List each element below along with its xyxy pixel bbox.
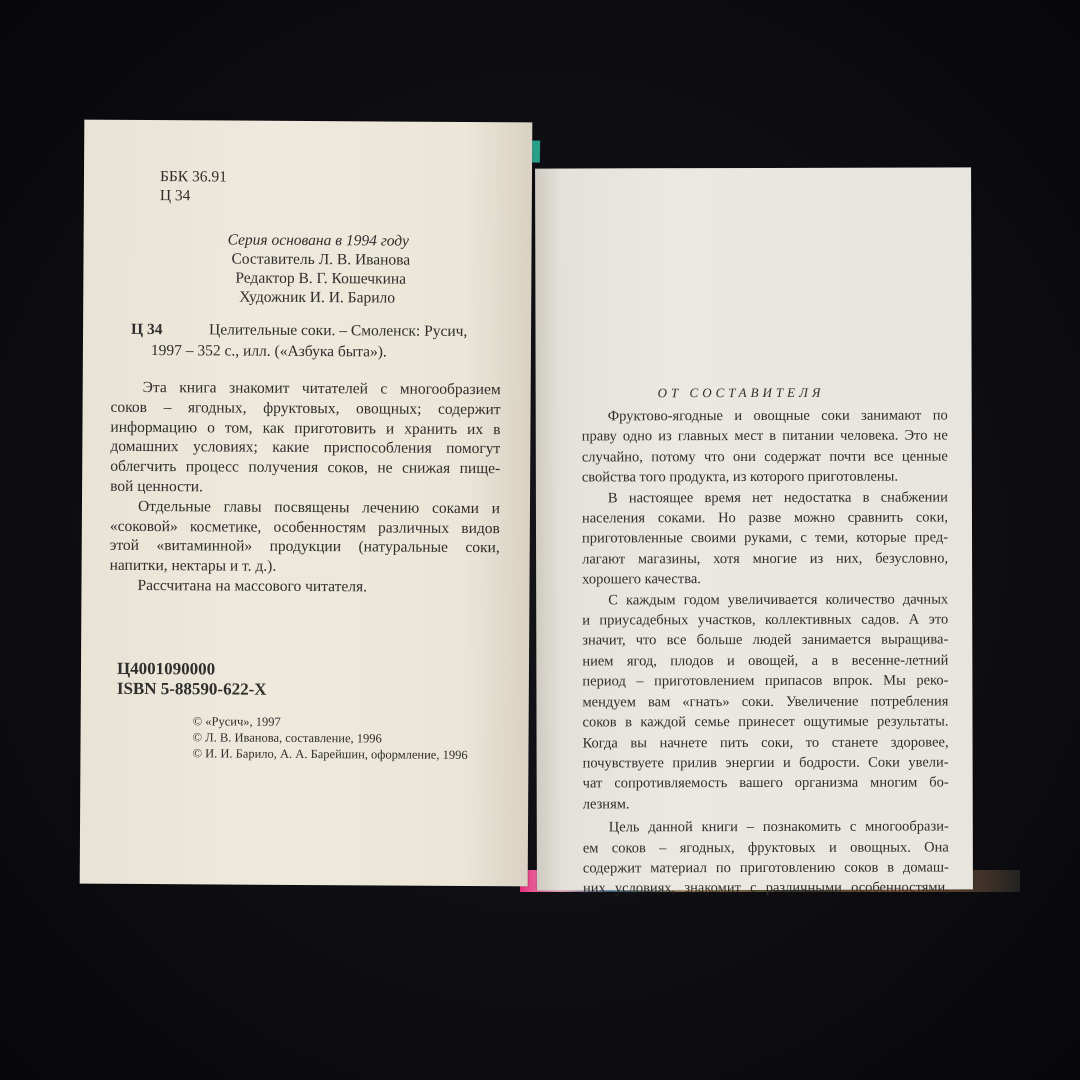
foreword-line: Фруктово-ягодные и овощные соки занимают…: [582, 405, 948, 426]
catalog-code: Ц 34: [131, 321, 163, 339]
copyright-compiler: © Л. В. Иванова, составление, 1996: [193, 730, 382, 745]
annotation-line: Отдельные главы посвящены лечению соками…: [110, 497, 500, 519]
annotation-line: информацию о том, как приготовить и хран…: [110, 417, 500, 439]
catalog-number: Ц4001090000: [117, 660, 215, 679]
bbk-code: ББК 36.91: [160, 168, 227, 186]
foreword-line: лезням.: [583, 793, 949, 814]
annotation-line: вой ценности.: [110, 477, 500, 499]
foreword-line: хорошего качества.: [582, 569, 948, 590]
foreword-line: содержит материал по приготовлению соков…: [583, 857, 949, 878]
foreword-line: С каждым годом увеличивается количество …: [582, 589, 948, 610]
annotation: Эта книга знакомит читателей с многообра…: [109, 378, 500, 598]
annotation-line: «соковой» косметике, особенностям различ…: [110, 516, 500, 538]
foreword-line: ем соков – ягодных, фруктовых и овощных.…: [583, 837, 949, 858]
foreword-line: праву одно из главных мест в питании чел…: [582, 426, 948, 447]
catalog-line-2: 1997 – 352 с., илл. («Азбука быта»).: [151, 342, 387, 361]
annotation-line: облегчить процесс получения соков, не сн…: [110, 457, 500, 479]
series-line: Серия основана в 1994 году: [228, 232, 409, 251]
catalog-line-1: Целительные соки. – Смоленск: Русич,: [209, 321, 467, 341]
author-mark: Ц 34: [160, 187, 191, 205]
annotation-line: Рассчитана на массового читателя.: [109, 576, 499, 598]
annotation-line: домашних условиях; какие приспособления …: [110, 437, 500, 459]
copyright-design: © И. И. Барило, А. А. Барейшин, оформлен…: [192, 746, 467, 762]
compiler-line: Составитель Л. В. Иванова: [231, 251, 410, 270]
isbn: ISBN 5-88590-622-X: [117, 680, 267, 699]
right-page: ОТ СОСТАВИТЕЛЯ Фруктово-ягодные и овощны…: [535, 167, 973, 890]
foreword-line: нием ягод, плодов и овощей, а в весенне-…: [582, 650, 948, 671]
foreword-line: случайно, потому что они содержат почти …: [582, 446, 948, 467]
annotation-line: напитки, нектары и т. д.).: [110, 556, 500, 578]
annotation-line: соков – ягодных, фруктовых, овощных; сод…: [111, 398, 501, 420]
foreword-line: чат сопротивляемость вашего организма мн…: [583, 773, 949, 794]
foreword-line: соков в каждой семье принесет ощутимые р…: [582, 712, 948, 733]
foreword-line: период – приготовлением припасов впрок. …: [582, 671, 948, 692]
editor-line: Редактор В. Г. Кошечкина: [235, 270, 406, 289]
foreword-line: них условиях, знакомит с различными особ…: [583, 878, 949, 899]
foreword-line: Когда вы начнете пить соки, то станете з…: [583, 732, 949, 753]
foreword-text: Фруктово-ягодные и овощные соки занимают…: [582, 405, 949, 899]
copyright-publisher: © «Русич», 1997: [193, 714, 281, 729]
foreword-line: и приусадебных участков, коллективных са…: [582, 610, 948, 631]
foreword-line: лагают магазины, хотя многие из них, без…: [582, 548, 948, 569]
left-page: ББК 36.91 Ц 34 Серия основана в 1994 год…: [80, 120, 533, 887]
annotation-line: Эта книга знакомит читателей с многообра…: [111, 378, 501, 400]
foreword-line: почувствуете прилив энергии и бодрости. …: [583, 752, 949, 773]
artist-line: Художник И. И. Барило: [239, 289, 395, 308]
foreword-line: мендуем вам «гнать» соки. Увеличение пот…: [582, 691, 948, 712]
foreword-line: свойства того продукта, из которого приг…: [582, 467, 948, 488]
foreword-line: приготовленные своими руками, с теми, ко…: [582, 528, 948, 549]
foreword-line: значит, что все больше людей занимается …: [582, 630, 948, 651]
annotation-line: этой «витаминной» продукции (натуральные…: [110, 536, 500, 558]
foreword-line: В настоящее время нет недостатка в снабж…: [582, 487, 948, 508]
foreword-line: населения соками. Но разве можно сравнит…: [582, 508, 948, 529]
foreword-line: Цель данной книги – познакомить с многоо…: [583, 817, 949, 838]
section-heading: ОТ СОСТАВИТЕЛЯ: [658, 385, 825, 401]
